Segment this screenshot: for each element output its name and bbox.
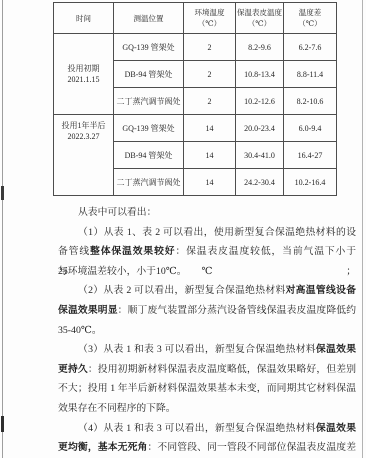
table-row: 投用初期2021.1.15GQ-139 管架处28.2-9.66.2-7.6 bbox=[54, 34, 337, 61]
table-row: 投用1年半后2022.3.27GQ-139 管架处1420.0-23.46.0-… bbox=[54, 115, 337, 142]
column-header-1: 测温位置 bbox=[114, 3, 184, 34]
location-cell: 二丁蒸汽调节阀处 bbox=[114, 169, 184, 196]
column-header-4: 温度差（℃） bbox=[284, 3, 337, 34]
text-line-2: （1）从表 1、表 2 可以看出，使用新型复合保温绝热材料的设 bbox=[58, 223, 356, 243]
location-cell: 二丁蒸汽调节阀处 bbox=[114, 88, 184, 115]
analysis-text: 从表中可以看出：（1）从表 1、表 2 可以看出，使用新型复合保温绝热材料的设备… bbox=[58, 203, 356, 458]
ambient-temp-cell: 2 bbox=[184, 34, 236, 61]
surface-temp-cell: 24.2-30.4 bbox=[236, 169, 284, 196]
temp-diff-cell: 6.2-7.6 bbox=[284, 34, 337, 61]
text-line-8: （3）从表 1 和表 3 可以看出，新型复合保温绝热材料保温效果 bbox=[58, 340, 356, 360]
emphasis-text: 保温效果 bbox=[316, 344, 356, 355]
emphasis-text: 对高温管线设备 bbox=[286, 285, 356, 296]
text-line-3: 备管线整体保温效果较好：保温表皮温度较低，当前气温下小于25℃； bbox=[58, 242, 356, 262]
column-label: 环境温度 bbox=[184, 7, 235, 18]
surface-temp-cell: 10.2-12.6 bbox=[236, 88, 284, 115]
body-text: （1）从表 1、表 2 可以看出，使用新型复合保温绝热材料的设 bbox=[78, 227, 356, 238]
text-line-6: 保温效果明显：顺丁废气装置部分蒸汽设备管线保温表皮温度降低约 bbox=[58, 301, 356, 321]
location-cell: GQ-139 管架处 bbox=[114, 34, 184, 61]
column-label: 时间 bbox=[54, 13, 113, 24]
text-line-1: 从表中可以看出： bbox=[58, 203, 356, 223]
ambient-temp-cell: 14 bbox=[184, 169, 236, 196]
ambient-temp-cell: 14 bbox=[184, 142, 236, 169]
time-period-cell: 投用初期2021.1.15 bbox=[54, 34, 114, 115]
body-text: ：投用初期新材料保温表皮温度略低，保温效果略好，但差别 bbox=[88, 364, 356, 375]
body-text: （3）从表 1 和表 3 可以看出，新型复合保温绝热材料 bbox=[78, 344, 316, 355]
location-cell: GQ-139 管架处 bbox=[114, 115, 184, 142]
column-unit: （℃） bbox=[184, 18, 235, 29]
temp-diff-cell: 8.8-11.4 bbox=[284, 61, 337, 88]
emphasis-text: 更持久 bbox=[58, 364, 88, 375]
text-line-12: （4）从表 1 和表 3 可以看出，新型复合保温绝热材料保温效果 bbox=[58, 419, 356, 439]
column-header-3: 保温表皮温度（℃） bbox=[236, 3, 284, 34]
body-text: 与环境温差较小，小于10℃。 bbox=[58, 266, 187, 277]
temp-diff-cell: 16.4-27 bbox=[284, 142, 337, 169]
location-cell: DB-94 管架处 bbox=[114, 61, 184, 88]
surface-temp-cell: 8.2-9.6 bbox=[236, 34, 284, 61]
body-text: ：顺丁废气装置部分蒸汽设备管线保温表皮温度降低约 bbox=[118, 305, 356, 316]
column-unit: （℃） bbox=[236, 18, 283, 29]
temperature-measurement-table: 时间测温位置环境温度（℃）保温表皮温度（℃）温度差（℃） 投用初期2021.1.… bbox=[53, 2, 337, 196]
text-line-11: 效果存在不同程序的下降。 bbox=[58, 399, 356, 419]
body-text: 效果存在不同程序的下降。 bbox=[58, 403, 176, 414]
scan-artifact-mark bbox=[1, 186, 4, 200]
column-label: 温度差 bbox=[284, 7, 336, 18]
time-period-label: 投用1年半后 bbox=[54, 120, 113, 131]
column-label: 测温位置 bbox=[114, 13, 183, 24]
ambient-temp-cell: 14 bbox=[184, 115, 236, 142]
emphasis-text: 更均衡，基本无死角 bbox=[58, 442, 147, 453]
body-text: 35-40℃。 bbox=[58, 325, 102, 336]
time-period-date: 2021.1.15 bbox=[54, 74, 113, 85]
body-text: ：不同管段、同一管段不同部位保温表皮温度差 bbox=[147, 442, 356, 453]
body-text: （2）从表 2 可以看出，新型复合保温绝热材料 bbox=[78, 285, 286, 296]
column-unit: （℃） bbox=[284, 18, 336, 29]
scan-edge-right-line bbox=[362, 0, 363, 458]
time-period-date: 2022.3.27 bbox=[54, 131, 113, 142]
body-text: 备管线 bbox=[58, 246, 90, 257]
emphasis-text: 保温效果 bbox=[316, 423, 356, 434]
ambient-temp-cell: 2 bbox=[184, 88, 236, 115]
text-line-7: 35-40℃。 bbox=[58, 321, 356, 341]
body-text: 不大；投用 1 年半后新材料保温效果基本未变，而同期其它材料保温 bbox=[58, 383, 356, 394]
time-period-label: 投用初期 bbox=[54, 63, 113, 74]
document-page: 时间测温位置环境温度（℃）保温表皮温度（℃）温度差（℃） 投用初期2021.1.… bbox=[0, 0, 366, 458]
temp-diff-cell: 10.2-16.4 bbox=[284, 169, 337, 196]
table-body: 投用初期2021.1.15GQ-139 管架处28.2-9.66.2-7.6DB… bbox=[54, 34, 337, 196]
text-line-9: 更持久：投用初期新材料保温表皮温度略低，保温效果略好，但差别 bbox=[58, 360, 356, 380]
column-header-2: 环境温度（℃） bbox=[184, 3, 236, 34]
surface-temp-cell: 10.8-13.4 bbox=[236, 61, 284, 88]
location-cell: DB-94 管架处 bbox=[114, 142, 184, 169]
body-text: （4）从表 1 和表 3 可以看出，新型复合保温绝热材料 bbox=[78, 423, 316, 434]
temp-diff-cell: 6.0-9.4 bbox=[284, 115, 337, 142]
column-header-0: 时间 bbox=[54, 3, 114, 34]
text-line-10: 不大；投用 1 年半后新材料保温效果基本未变，而同期其它材料保温 bbox=[58, 379, 356, 399]
temp-diff-cell: 8.2-10.6 bbox=[284, 88, 337, 115]
surface-temp-cell: 30.4-41.0 bbox=[236, 142, 284, 169]
body-text: 从表中可以看出： bbox=[78, 207, 156, 218]
table-header: 时间测温位置环境温度（℃）保温表皮温度（℃）温度差（℃） bbox=[54, 3, 337, 34]
scan-edge-left-line bbox=[2, 0, 3, 458]
emphasis-text: 保温效果明显 bbox=[58, 305, 118, 316]
text-line-13: 更均衡，基本无死角：不同管段、同一管段不同部位保温表皮温度差 bbox=[58, 438, 356, 458]
emphasis-text: 整体保温效果较好 bbox=[90, 246, 175, 257]
time-period-cell: 投用1年半后2022.3.27 bbox=[54, 115, 114, 196]
table-header-row: 时间测温位置环境温度（℃）保温表皮温度（℃）温度差（℃） bbox=[54, 3, 337, 34]
ambient-temp-cell: 2 bbox=[184, 61, 236, 88]
column-label: 保温表皮温度 bbox=[236, 7, 283, 18]
scan-artifact-mark bbox=[1, 416, 4, 432]
surface-temp-cell: 20.0-23.4 bbox=[236, 115, 284, 142]
text-line-5: （2）从表 2 可以看出，新型复合保温绝热材料对高温管线设备 bbox=[58, 281, 356, 301]
